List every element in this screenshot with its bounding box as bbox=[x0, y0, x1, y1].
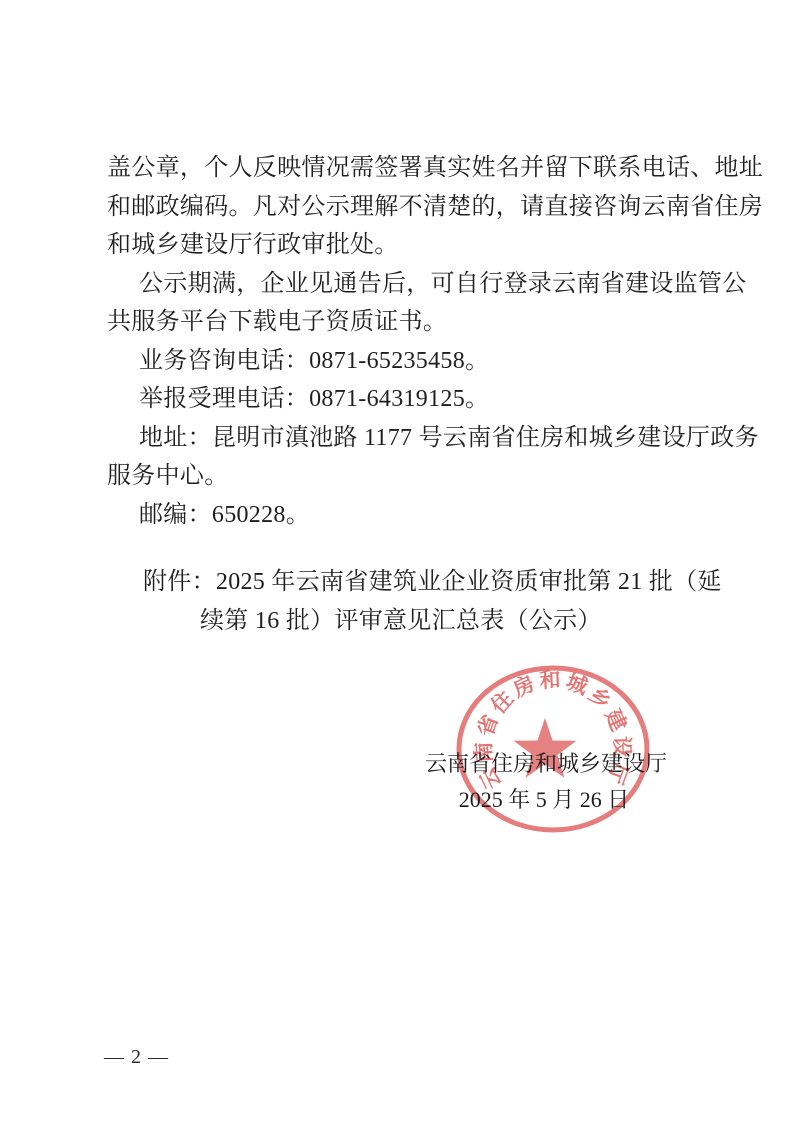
official-seal: 云南省住房和城乡建设厅 bbox=[450, 660, 660, 840]
body-line: 盖公章，个人反映情况需签署真实姓名并留下联系电话、地址 bbox=[107, 149, 707, 188]
body-line: 和邮政编码。凡对公示理解不清楚的，请直接咨询云南省住房 bbox=[107, 188, 707, 227]
attachment-title-part2: 续第 16 批）评审意见汇总表（公示） bbox=[143, 602, 723, 641]
body-line-address-cont: 服务中心。 bbox=[107, 457, 707, 496]
body-line: 和城乡建设厅行政审批处。 bbox=[107, 226, 707, 265]
body-line-phone-report: 举报受理电话：0871-64319125。 bbox=[107, 380, 707, 419]
signature-agency: 云南省住房和城乡建设厅 bbox=[416, 751, 676, 777]
body-line: 公示期满，企业见通告后，可自行登录云南省建设监管公 bbox=[107, 265, 707, 304]
attachment-label: 附件： bbox=[143, 569, 216, 595]
body-text: 盖公章，个人反映情况需签署真实姓名并留下联系电话、地址 和邮政编码。凡对公示理解… bbox=[107, 149, 707, 534]
document-page: 盖公章，个人反映情况需签署真实姓名并留下联系电话、地址 和邮政编码。凡对公示理解… bbox=[0, 0, 793, 1122]
page-number: — 2 — bbox=[104, 1046, 169, 1069]
body-line-address: 地址：昆明市滇池路 1177 号云南省住房和城乡建设厅政务 bbox=[107, 419, 707, 458]
body-line: 共服务平台下载电子资质证书。 bbox=[107, 303, 707, 342]
body-line-postcode: 邮编：650228。 bbox=[107, 496, 707, 535]
signature-date: 2025 年 5 月 26 日 bbox=[414, 787, 674, 813]
attachment-line: 附件：2025 年云南省建筑业企业资质审批第 21 批（延 bbox=[143, 563, 723, 602]
attachment-title-part1: 2025 年云南省建筑业企业资质审批第 21 批（延 bbox=[216, 569, 722, 595]
body-line-phone-business: 业务咨询电话：0871-65235458。 bbox=[107, 342, 707, 381]
attachment-note: 附件：2025 年云南省建筑业企业资质审批第 21 批（延 续第 16 批）评审… bbox=[143, 563, 723, 640]
